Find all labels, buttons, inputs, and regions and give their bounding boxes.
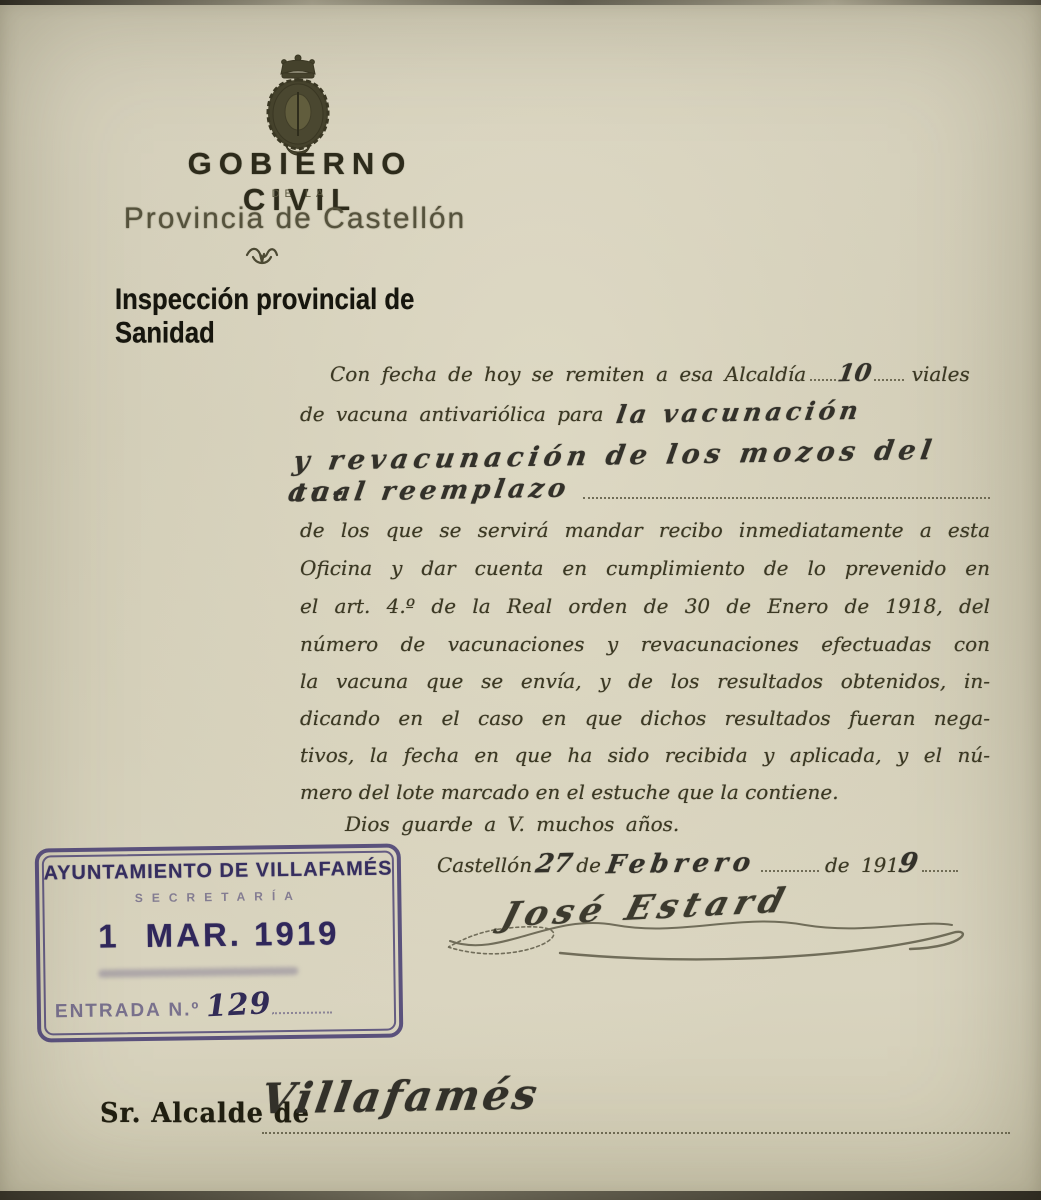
- signature-flourish: [440, 895, 980, 965]
- handwritten-month: Febrero: [604, 848, 757, 881]
- dotted-fill-line: [583, 480, 990, 499]
- stamp-entry-number: 129: [205, 986, 272, 1024]
- handwritten-addressee: Villafamés: [258, 1070, 544, 1124]
- scanned-letter: GOBIERNO CIVIL DE LA Provincia de Castel…: [0, 0, 1041, 1200]
- body-line-1: Con fecha de hoy se remiten a esa Alcald…: [330, 358, 990, 387]
- stamp-date-day: 1: [98, 917, 120, 954]
- province-name: Provincia de Castellón: [95, 202, 495, 236]
- stamp-date-monthyear: MAR. 1919: [145, 914, 339, 954]
- body-line-4: tual reemplazo: [295, 476, 990, 506]
- handwritten-fill: tual reemplazo: [292, 474, 572, 509]
- printed-text: viales: [912, 362, 970, 386]
- dotted-fill-line: [874, 362, 904, 381]
- handwritten-day: 27: [534, 849, 575, 880]
- dateline-place: Castellón: [437, 853, 532, 877]
- dotted-fill-line: [810, 362, 836, 381]
- body-paragraph-line: Oficina y dar cuenta en cumplimiento de …: [300, 556, 990, 580]
- printed-text: de vacuna antivariólica para: [300, 402, 603, 426]
- stamp-entry-row: ENTRADA N.º129: [55, 986, 385, 1026]
- printers-ornament-icon: [245, 245, 279, 267]
- department-name: Inspección provincial de Sanidad: [115, 283, 495, 350]
- handwritten-year-digit: 9: [897, 848, 921, 879]
- handwritten-quantity: 10: [836, 358, 874, 388]
- body-paragraph-line: mero del lote marcado en el estuche que …: [300, 780, 990, 804]
- body-paragraph-line: tivos, la fecha en que ha sido recibida …: [300, 743, 990, 767]
- stamp-date: 1MAR. 1919: [40, 914, 398, 957]
- body-paragraph-line: dicando en el caso en que dichos resulta…: [300, 706, 990, 730]
- dotted-fill-line: [272, 997, 332, 1014]
- body-paragraph-line: número de vacunaciones y revacunaciones …: [300, 632, 990, 656]
- dateline: Castellón 27 de Febrero de 191 9: [437, 848, 997, 879]
- agency-subline: DE LA: [128, 188, 472, 200]
- closing-formula: Dios guarde a V. muchos años.: [345, 812, 679, 836]
- body-paragraph-line: de los que se servirá mandar recibo inme…: [300, 518, 990, 542]
- municipal-entry-stamp: AYUNTAMIENTO DE VILLAFAMÉS SECRETARÍA 1M…: [35, 843, 404, 1042]
- handwritten-fill: la vacunación: [615, 396, 865, 429]
- body-paragraph-line: la vacuna que se envía, y de los resulta…: [300, 669, 990, 693]
- printed-text: Con fecha de hoy se remiten a esa Alcald…: [330, 362, 806, 386]
- dotted-fill-line: [922, 853, 958, 872]
- body-line-2: de vacuna antivariólica para la vacunaci…: [300, 398, 990, 427]
- stamp-entry-label: ENTRADA N.º: [55, 999, 201, 1022]
- body-paragraph-line: el art. 4.º de la Real orden de 30 de En…: [300, 594, 990, 618]
- dateline-de: de: [576, 853, 601, 877]
- dateline-year-printed: de 191: [825, 853, 899, 877]
- dotted-fill-line: [761, 853, 819, 872]
